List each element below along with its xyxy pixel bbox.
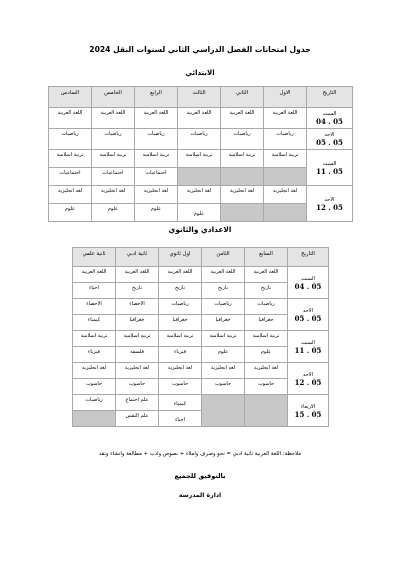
subject-cell: رياضيات: [221, 129, 264, 150]
table-row: الاربعاء05 . 15 كيمياء علم اجتماع رياضيا…: [73, 395, 329, 411]
date-value: 05 . 05: [288, 315, 328, 323]
subject-cell: لغة انجليزية: [135, 186, 178, 204]
date-cell: السبت05 . 11: [288, 331, 329, 363]
date-cell: السبت05 . 11: [307, 150, 353, 186]
subject-cell: جغرافيا: [159, 315, 202, 331]
header-grade-8: الثامن: [202, 248, 245, 267]
empty-cell: [202, 395, 245, 427]
subject-cell: رياضيات: [73, 395, 116, 411]
subject-cell: رياضيات: [92, 129, 135, 150]
subject-cell: علم النفس: [116, 411, 159, 427]
subject-cell: اللغة العربية: [245, 267, 288, 283]
header-first-secondary: اول ثانوي: [159, 248, 202, 267]
date-value: 05 . 12: [307, 204, 352, 212]
subject-cell: تربية اسلامية: [264, 150, 307, 168]
date-value: 05 . 05: [307, 139, 352, 147]
subject-cell: فيزياء: [159, 347, 202, 363]
secondary-heading: الاعدادي والثانوي: [0, 225, 400, 234]
subject-cell: حاسوب: [159, 379, 202, 395]
subject-cell: اجتماعيات: [135, 168, 178, 186]
empty-cell: [245, 395, 288, 427]
empty-cell: [264, 204, 307, 222]
subject-cell: رياضيات: [135, 129, 178, 150]
subject-cell: حاسوب: [202, 379, 245, 395]
subject-cell: تربية اسلامية: [202, 331, 245, 347]
primary-heading: الابتدائي: [0, 69, 400, 77]
header-grade-3: الثالث: [178, 87, 221, 108]
date-value: 05 . 11: [288, 347, 328, 355]
header-grade-2: الثاني: [221, 87, 264, 108]
subject-cell: تربية اسلامية: [178, 150, 221, 168]
subject-cell: رياضيات: [178, 129, 221, 150]
subject-cell: حاسوب: [245, 379, 288, 395]
subject-cell: جغرافيا: [116, 315, 159, 331]
date-value: 05 . 11: [307, 168, 352, 176]
subject-cell: حاسوب: [73, 379, 116, 395]
subject-cell: اللغة العربية: [221, 108, 264, 129]
subject-cell: تربية اسلامية: [92, 150, 135, 168]
header-second-literary: ثانية ادبي: [116, 248, 159, 267]
subject-cell: لغة انجليزية: [49, 186, 92, 204]
subject-cell: علوم: [178, 204, 221, 222]
subject-cell: لغة انجليزية: [221, 186, 264, 204]
subject-cell: رياضيات: [202, 299, 245, 315]
date-cell: الاربعاء05 . 15: [288, 395, 329, 427]
secondary-exam-table: التاريخ السابع الثامن اول ثانوي ثانية اد…: [72, 247, 329, 427]
header-grade-1: الاول: [264, 87, 307, 108]
subject-cell: تربية اسلامية: [159, 331, 202, 347]
header-second-scientific: ثانية علمي: [73, 248, 116, 267]
subject-cell: تاريخ: [202, 283, 245, 299]
date-cell: الاحد05 . 05: [307, 129, 353, 150]
subject-cell: علوم: [92, 204, 135, 222]
subject-cell: تربية اسلامية: [73, 331, 116, 347]
header-grade-7: السابع: [245, 248, 288, 267]
subject-cell: لغة انجليزية: [264, 186, 307, 204]
table-row: السبت05 . 11 تربية اسلامية تربية اسلامية…: [73, 331, 329, 347]
subject-cell: كيمياء: [73, 315, 116, 331]
empty-cell: [264, 168, 307, 186]
subject-cell: الاحصاء: [73, 299, 116, 315]
header-grade-5: الخامس: [92, 87, 135, 108]
subject-cell: لغة انجليزية: [245, 363, 288, 379]
empty-cell: [221, 168, 264, 186]
subject-cell: تربية اسلامية: [135, 150, 178, 168]
table-header-row: التاريخ الاول الثاني الثالث الرابع الخام…: [49, 87, 353, 108]
subject-cell: اللغة العربية: [116, 267, 159, 283]
table-row: الاحد05 . 05 رياضيات رياضيات رياضيات ريا…: [49, 129, 353, 150]
subject-cell: لغة انجليزية: [73, 363, 116, 379]
subject-cell: اجتماعيات: [92, 168, 135, 186]
subject-cell: رياضيات: [245, 299, 288, 315]
subject-cell: اللغة العربية: [202, 267, 245, 283]
subject-cell: فيزياء: [73, 347, 116, 363]
table-row: السبت05 . 04 اللغة العربية اللغة العربية…: [73, 267, 329, 283]
good-luck-message: بالتوفيق للجميع: [0, 472, 400, 480]
subject-cell: اللغة العربية: [159, 267, 202, 283]
subject-cell: لغة انجليزية: [116, 363, 159, 379]
school-administration-signature: ادارة المدرسة: [0, 492, 400, 499]
subject-cell: اللغة العربية: [73, 267, 116, 283]
table-row: الاحد05 . 12 لغة انجليزية لغة انجليزية ل…: [49, 186, 353, 204]
subject-cell: علوم: [49, 204, 92, 222]
date-value: 05 . 04: [288, 283, 328, 291]
date-cell: الاحد05 . 12: [288, 363, 329, 395]
empty-cell: [178, 168, 221, 186]
subject-cell: تربية اسلامية: [116, 331, 159, 347]
subject-cell: لغة انجليزية: [92, 186, 135, 204]
subject-cell: اجتماعيات: [49, 168, 92, 186]
subject-cell: لغة انجليزية: [159, 363, 202, 379]
subject-cell: تاريخ: [116, 283, 159, 299]
subject-cell: اللغة العربية: [178, 108, 221, 129]
subject-cell: تاريخ: [245, 283, 288, 299]
subject-cell: اللغة العربية: [92, 108, 135, 129]
table-row: الاحد05 . 05 رياضيات رياضيات رياضيات الا…: [73, 299, 329, 315]
document-title: جدول امتحانات الفصل الدراسي الثاني لسنوا…: [0, 45, 400, 54]
subject-cell: اللغة العربية: [49, 108, 92, 129]
subject-cell: لغة انجليزية: [178, 186, 221, 204]
subject-cell: الاحصاء: [116, 299, 159, 315]
subject-cell: رياضيات: [49, 129, 92, 150]
date-value: 05 . 15: [288, 411, 328, 419]
date-cell: السبت05 . 04: [307, 108, 353, 129]
subject-cell: رياضيات: [264, 129, 307, 150]
header-date: التاريخ: [288, 248, 329, 267]
subject-cell: اللغة العربية: [135, 108, 178, 129]
empty-cell: [221, 204, 264, 222]
subject-cell: علوم: [135, 204, 178, 222]
subject-cell: احياء: [73, 283, 116, 299]
subject-cell: تاريخ: [159, 283, 202, 299]
subject-cell: تربية اسلامية: [245, 331, 288, 347]
table-row: السبت05 . 04 اللغة العربية اللغة العربية…: [49, 108, 353, 129]
date-value: 05 . 12: [288, 379, 328, 387]
header-grade-6: السادس: [49, 87, 92, 108]
header-grade-4: الرابع: [135, 87, 178, 108]
subject-cell: رياضيات: [159, 299, 202, 315]
header-date: التاريخ: [307, 87, 353, 108]
subject-cell: علوم: [202, 347, 245, 363]
subject-cell: فلسفة: [116, 347, 159, 363]
subject-cell: اللغة العربية: [264, 108, 307, 129]
date-cell: السبت05 . 04: [288, 267, 329, 299]
subject-cell: تربية اسلامية: [221, 150, 264, 168]
date-cell: الاحد05 . 12: [307, 186, 353, 222]
subject-cell: حاسوب: [116, 379, 159, 395]
primary-exam-table: التاريخ الاول الثاني الثالث الرابع الخام…: [48, 86, 353, 222]
subject-cell: علوم: [245, 347, 288, 363]
subject-cell: كيمياء: [159, 395, 202, 411]
table-header-row: التاريخ السابع الثامن اول ثانوي ثانية اد…: [73, 248, 329, 267]
subject-cell: تربية اسلامية: [49, 150, 92, 168]
table-row: الاحد05 . 12 لغة انجليزية لغة انجليزية ل…: [73, 363, 329, 379]
subject-cell: علم اجتماع: [116, 395, 159, 411]
subject-cell: لغة انجليزية: [202, 363, 245, 379]
subject-cell: جغرافيا: [202, 315, 245, 331]
table-row: السبت05 . 11 تربية اسلامية تربية اسلامية…: [49, 150, 353, 168]
footnote: ملاحظة: اللغة العربية ثانية ادبي = نحو و…: [0, 451, 400, 457]
empty-cell: [73, 411, 116, 427]
date-cell: الاحد05 . 05: [288, 299, 329, 331]
subject-cell: جغرافيا: [245, 315, 288, 331]
date-value: 05 . 04: [307, 118, 352, 126]
subject-cell: احياء: [159, 411, 202, 427]
